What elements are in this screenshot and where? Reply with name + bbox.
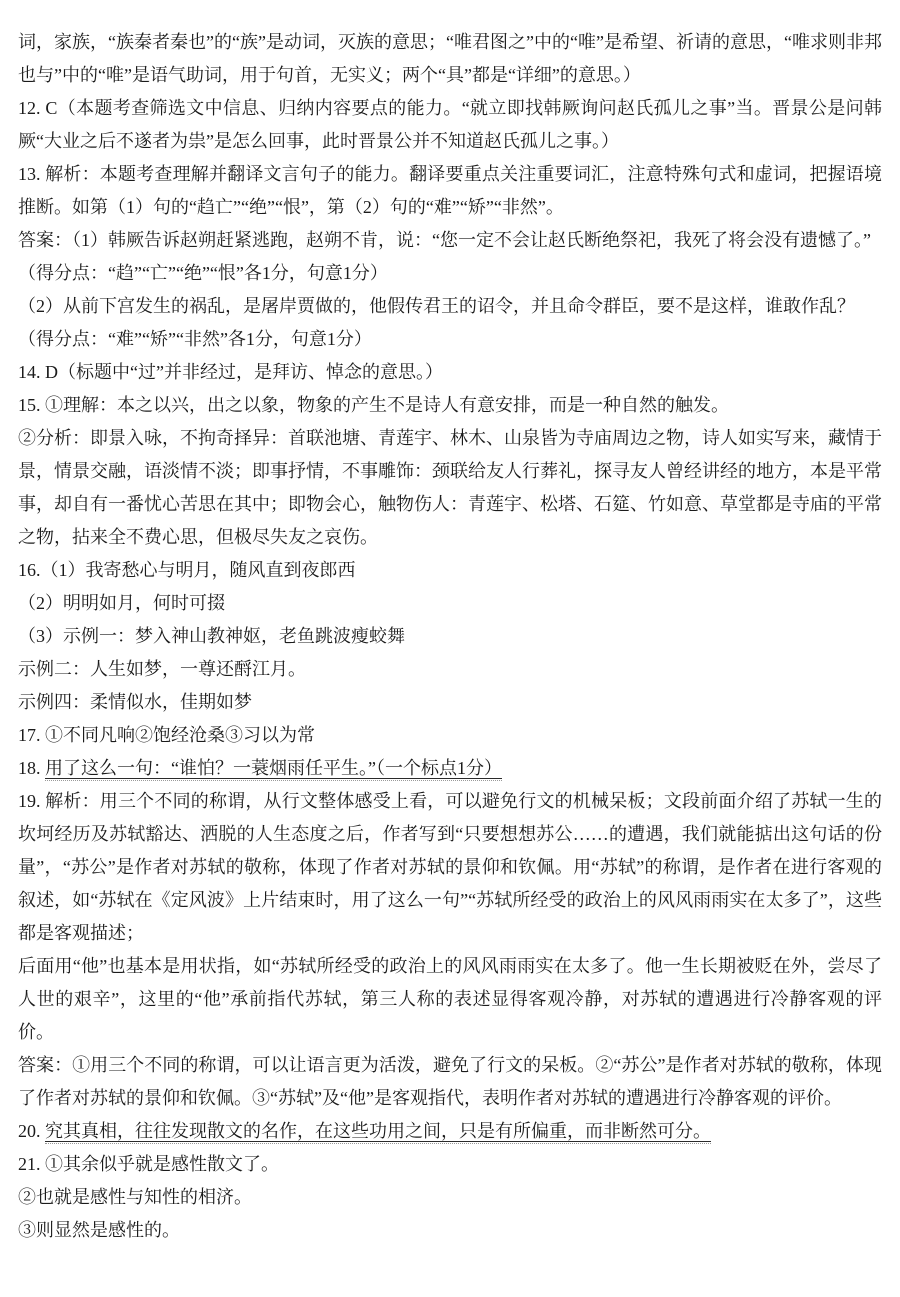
answer-paragraph: 14. D（标题中“过”并非经过，是拜访、悼念的意思。） [18,356,882,389]
paragraph-text: 用了这么一句：“谁怕？一蓑烟雨任平生。”（一个标点1分） [45,758,502,781]
answer-paragraph: 16.（1）我寄愁心与明月，随风直到夜郎西 [18,554,882,587]
answer-paragraph: （得分点：“趋”“亡”“绝”“恨”各1分，句意1分） [18,257,882,290]
paragraph-text: 答案：①用三个不同的称谓，可以让语言更为活泼，避免了行文的呆板。②“苏公”是作者… [18,1055,882,1108]
item-number: 18. [18,758,45,778]
paragraph-text: 词，家族，“族秦者秦也”的“族”是动词，灭族的意思；“唯君图之”中的“唯”是希望… [18,32,882,85]
answer-paragraph: 答案：（1）韩厥告诉赵朔赶紧逃跑，赵朔不肯，说：“您一定不会让赵氏断绝祭祀，我死… [18,224,882,257]
paragraph-text: 16.（1）我寄愁心与明月，随风直到夜郎西 [18,560,356,580]
answer-paragraph: （2）明明如月，何时可掇 [18,587,882,620]
answer-paragraph: 示例二：人生如梦，一尊还酹江月。 [18,653,882,686]
answer-paragraph: 答案：①用三个不同的称谓，可以让语言更为活泼，避免了行文的呆板。②“苏公”是作者… [18,1049,882,1115]
paragraph-text: （得分点：“趋”“亡”“绝”“恨”各1分，句意1分） [18,263,388,283]
paragraph-list: 词，家族，“族秦者秦也”的“族”是动词，灭族的意思；“唯君图之”中的“唯”是希望… [18,26,882,1247]
paragraph-text: ③则显然是感性的。 [18,1220,180,1240]
paragraph-text: 示例二：人生如梦，一尊还酹江月。 [18,659,306,679]
paragraph-text: ②也就是感性与知性的相济。 [18,1187,252,1207]
paragraph-text: 17. ①不同凡响②饱经沧桑③习以为常 [18,725,315,745]
answer-paragraph: 20. 究其真相，往往发现散文的名作，在这些功用之间，只是有所偏重，而非断然可分… [18,1115,882,1148]
answer-paragraph: 18. 用了这么一句：“谁怕？一蓑烟雨任平生。”（一个标点1分） [18,752,882,785]
paragraph-text: 示例四：柔情似水，佳期如梦 [18,692,252,712]
paragraph-text: 究其真相，往往发现散文的名作，在这些功用之间，只是有所偏重，而非断然可分。 [45,1121,711,1144]
answer-paragraph: 词，家族，“族秦者秦也”的“族”是动词，灭族的意思；“唯君图之”中的“唯”是希望… [18,26,882,92]
answer-key-document: 词，家族，“族秦者秦也”的“族”是动词，灭族的意思；“唯君图之”中的“唯”是希望… [0,0,900,1297]
item-number: 20. [18,1121,45,1141]
paragraph-text: 答案：（1）韩厥告诉赵朔赶紧逃跑，赵朔不肯，说：“您一定不会让赵氏断绝祭祀，我死… [18,230,871,250]
paragraph-text: 19. 解析：用三个不同的称谓，从行文整体感受上看，可以避免行文的机械呆板；文段… [18,791,882,943]
paragraph-text: 后面用“他”也基本是用状指，如“苏轼所经受的政治上的风风雨雨实在太多了。他一生长… [18,956,882,1042]
paragraph-text: 14. D（标题中“过”并非经过，是拜访、悼念的意思。） [18,362,443,382]
answer-paragraph: （得分点：“难”“矫”“非然”各1分，句意1分） [18,323,882,356]
paragraph-text: （得分点：“难”“矫”“非然”各1分，句意1分） [18,329,372,349]
answer-paragraph: 12. C（本题考查筛选文中信息、归纳内容要点的能力。“就立即找韩厥询问赵氏孤儿… [18,92,882,158]
answer-paragraph: ③则显然是感性的。 [18,1214,882,1247]
answer-paragraph: ②分析：即景入咏，不拘奇择异：首联池塘、青莲宇、林木、山泉皆为寺庙周边之物，诗人… [18,422,882,554]
paragraph-text: （2）明明如月，何时可掇 [18,593,225,613]
paragraph-text: 12. C（本题考查筛选文中信息、归纳内容要点的能力。“就立即找韩厥询问赵氏孤儿… [18,98,882,151]
paragraph-text: 13. 解析：本题考查理解并翻译文言句子的能力。翻译要重点关注重要词汇，注意特殊… [18,164,882,217]
answer-paragraph: （2）从前下宫发生的祸乱，是屠岸贾做的，他假传君王的诏令，并且命令群臣，要不是这… [18,290,882,323]
answer-paragraph: 后面用“他”也基本是用状指，如“苏轼所经受的政治上的风风雨雨实在太多了。他一生长… [18,950,882,1049]
answer-paragraph: 13. 解析：本题考查理解并翻译文言句子的能力。翻译要重点关注重要词汇，注意特殊… [18,158,882,224]
answer-paragraph: 17. ①不同凡响②饱经沧桑③习以为常 [18,719,882,752]
paragraph-text: 21. ①其余似乎就是感性散文了。 [18,1154,279,1174]
answer-paragraph: ②也就是感性与知性的相济。 [18,1181,882,1214]
answer-paragraph: 21. ①其余似乎就是感性散文了。 [18,1148,882,1181]
answer-paragraph: （3）示例一：梦入神山教神妪，老鱼跳波瘦蛟舞 [18,620,882,653]
paragraph-text: 15. ①理解：本之以兴，出之以象，物象的产生不是诗人有意安排，而是一种自然的触… [18,395,729,415]
answer-paragraph: 示例四：柔情似水，佳期如梦 [18,686,882,719]
answer-paragraph: 15. ①理解：本之以兴，出之以象，物象的产生不是诗人有意安排，而是一种自然的触… [18,389,882,422]
paragraph-text: （2）从前下宫发生的祸乱，是屠岸贾做的，他假传君王的诏令，并且命令群臣，要不是这… [18,296,855,316]
paragraph-text: ②分析：即景入咏，不拘奇择异：首联池塘、青莲宇、林木、山泉皆为寺庙周边之物，诗人… [18,428,882,547]
answer-paragraph: 19. 解析：用三个不同的称谓，从行文整体感受上看，可以避免行文的机械呆板；文段… [18,785,882,950]
paragraph-text: （3）示例一：梦入神山教神妪，老鱼跳波瘦蛟舞 [18,626,405,646]
